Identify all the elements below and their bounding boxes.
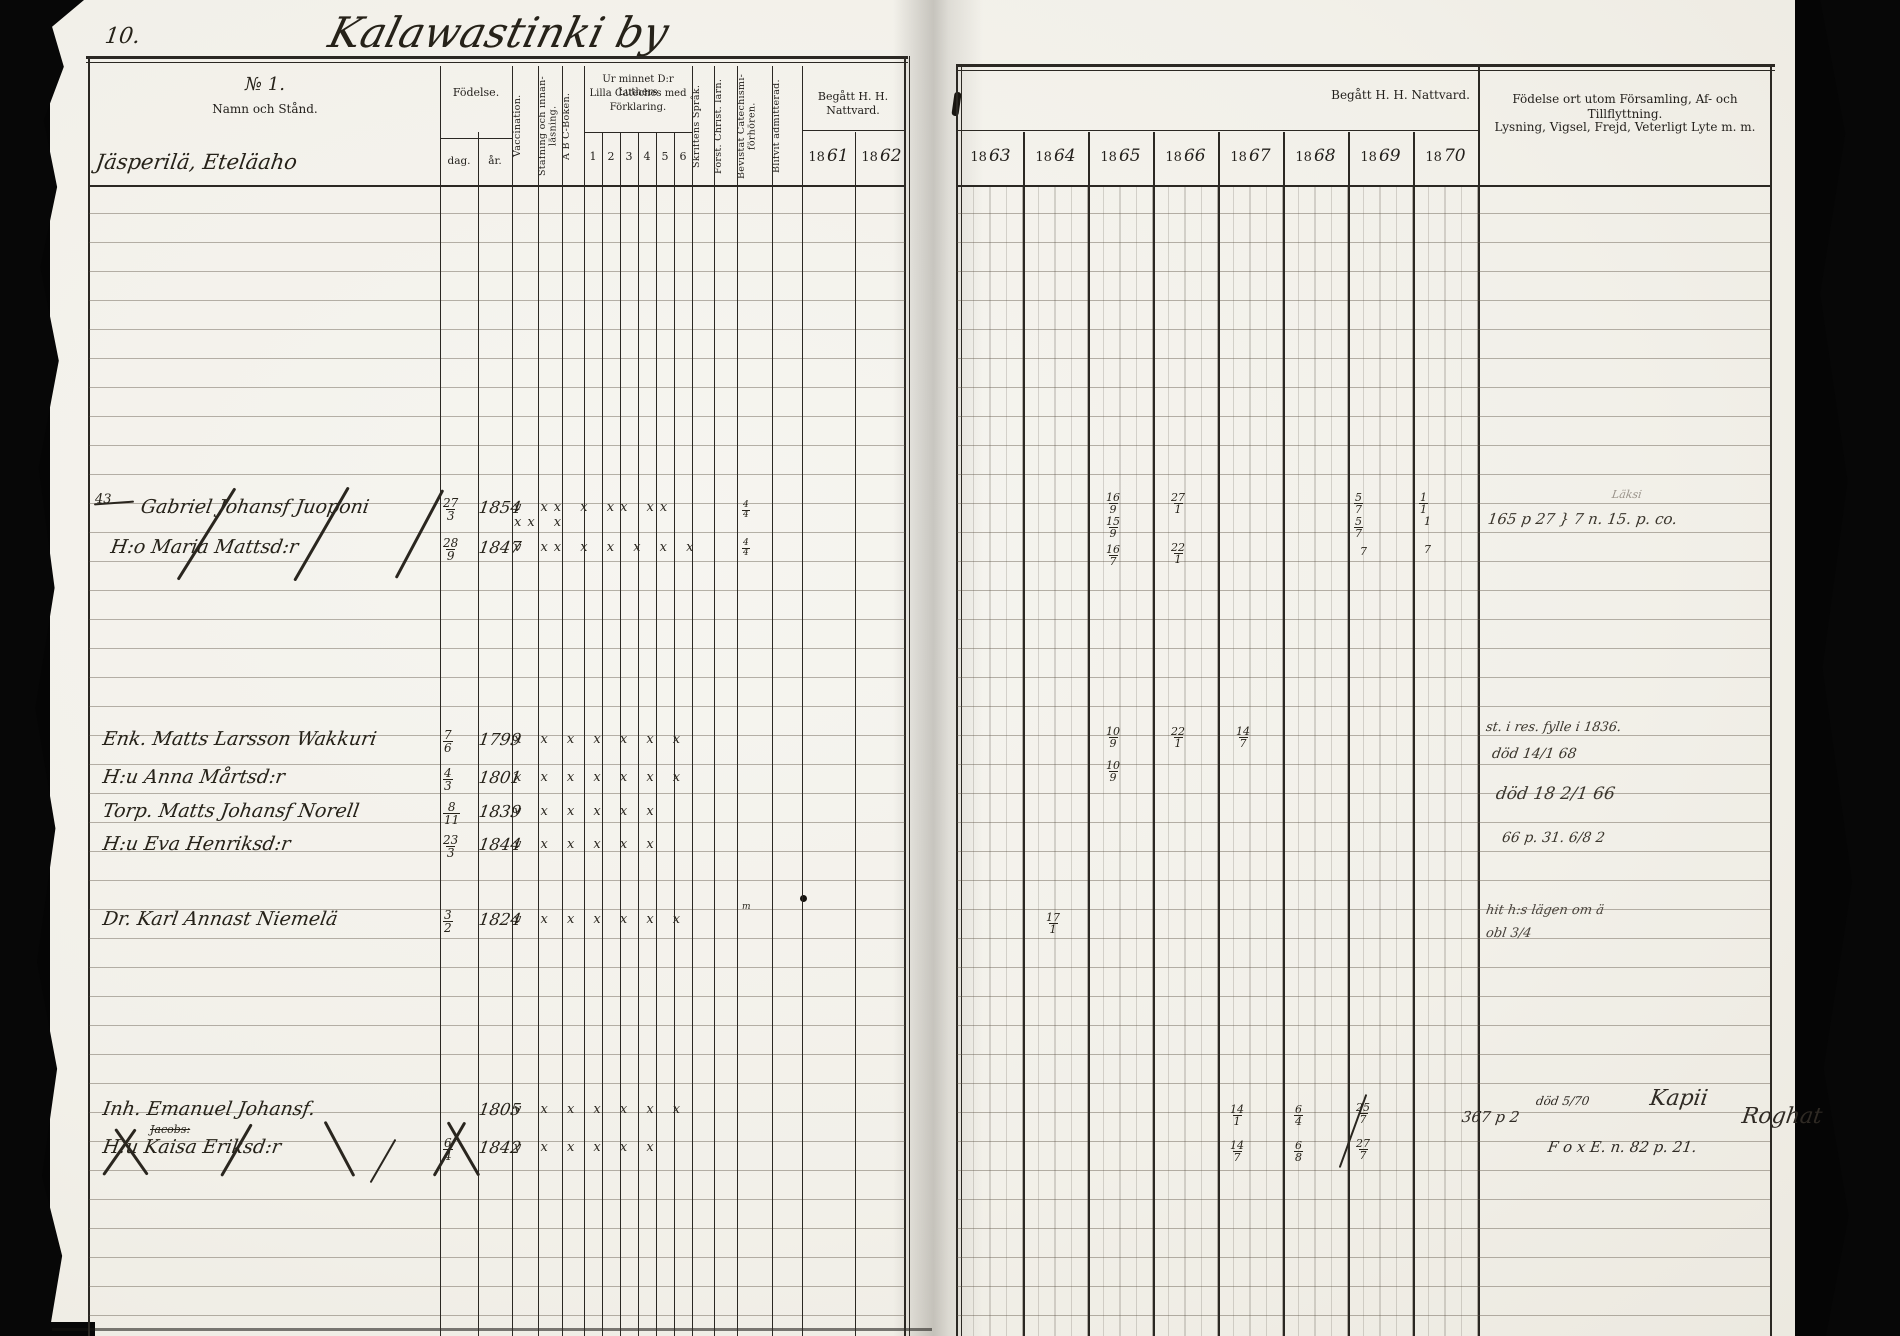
year-script: 69	[1379, 146, 1401, 166]
entry-row: H:o Maria Mattsd:r2891847v xx x x x x x	[95, 536, 907, 566]
entry-birth-day: 32	[443, 904, 453, 934]
year-script: 61	[827, 146, 849, 166]
year-script: 65	[1119, 146, 1141, 166]
communion-date-mark: 147	[1230, 1134, 1244, 1163]
year-printed: 18	[861, 150, 878, 165]
entry-row: Enk. Matts Larsson Wakkuri761799x x x x …	[95, 728, 907, 758]
left-page-top-rule-heavy	[86, 56, 908, 59]
year-1867: 1867	[1218, 146, 1283, 167]
entry-check-marks: v x x x x x x	[514, 1102, 704, 1117]
note-annotation: Läksi	[1611, 488, 1643, 501]
entry-name: Torp. Matts Johansf Norell	[101, 800, 361, 822]
year-column-line	[1413, 132, 1415, 1336]
entry-row: H:u Anna Mårtsd:r431801x x x x x x x	[95, 766, 907, 796]
column-header-communion-right: Begått H. H. Nattvard.	[1090, 88, 1470, 103]
note-annotation: död 14/1 68	[1491, 746, 1578, 762]
note-annotation: död 18 2/1 66	[1495, 784, 1617, 804]
right-page-row-lines	[957, 185, 1770, 1336]
communion-date-mark: 147	[1236, 720, 1250, 749]
entry-birth-day: 273	[443, 492, 458, 522]
entry-row: Dr. Karl Annast Niemelä321824v x x x x x…	[95, 908, 907, 938]
page-title-handwritten: Kalawastinki by	[330, 8, 668, 57]
village-note-handwritten: Jäsperilä, Eteläaho	[96, 150, 297, 174]
left-header-split-nattvard	[802, 130, 906, 131]
year-column-line	[1153, 132, 1155, 1336]
entry-overtext-struck: Jacobs:	[150, 1123, 190, 1136]
year-printed: 18	[808, 150, 825, 165]
year-script: 70	[1444, 146, 1466, 166]
communion-date-mark: 109	[1106, 754, 1120, 783]
note-annotation: obl 3/4	[1485, 926, 1532, 941]
communion-date-mark: 221	[1171, 720, 1185, 749]
communion-date-mark: 64	[1294, 1098, 1303, 1127]
year-column-line	[1023, 132, 1025, 1336]
catechism-col-6: 6	[674, 150, 692, 164]
year-printed: 18	[1360, 150, 1377, 165]
entry-check-marks: x x x x x x x	[514, 732, 704, 747]
left-page-top-rule-light	[86, 62, 908, 63]
communion-date-mark: 68	[1294, 1134, 1303, 1163]
entry-birth-day: 76	[443, 724, 453, 754]
entry-check-marks: v x x x x x x	[514, 912, 704, 927]
entry-birth-day: 811	[443, 796, 460, 826]
entry-check-marks: v xx x x x x x	[514, 540, 704, 555]
year-column-line	[1348, 132, 1350, 1336]
column-header-scripture-language: Skriftens Språk.	[692, 70, 714, 182]
communion-date-mark: 159	[1106, 510, 1120, 539]
column-header-name: Namn och Stånd.	[150, 102, 380, 117]
catechism-col-3: 3	[620, 150, 638, 164]
entry-birth-day: 43	[443, 762, 453, 792]
entry-check-marks: v xx x xx xx xx x	[514, 500, 704, 530]
year-script: 67	[1249, 146, 1271, 166]
year-script: 64	[1054, 146, 1076, 166]
year-printed: 18	[1035, 150, 1052, 165]
year-script: 62	[880, 146, 902, 166]
note-annotation: Roghat	[1740, 1104, 1824, 1129]
note-annotation: 367 p 2	[1461, 1108, 1521, 1126]
year-column-line	[1218, 132, 1220, 1336]
notes-header-line2: Lysning, Vigsel, Frejd, Veterligt Lyte m…	[1482, 120, 1768, 135]
note-annotation: Kapii	[1648, 1086, 1709, 1111]
communion-date-mark: 277	[1356, 1132, 1370, 1161]
catechism-exam-mark: 44	[742, 530, 750, 558]
entry-row: Torp. Matts Johansf Norell8111839v x x x…	[95, 800, 907, 830]
year-column-line	[1088, 132, 1090, 1336]
communion-date-mark: 1	[1424, 510, 1431, 529]
entry-name: Inh. Emanuel Johansf.	[101, 1098, 317, 1120]
year-printed: 18	[970, 150, 987, 165]
communion-date-mark: 171	[1046, 906, 1060, 935]
scan-edge-right	[1786, 0, 1900, 1336]
right-header-split-years	[956, 130, 1478, 131]
communion-date-mark: 141	[1230, 1098, 1244, 1127]
year-1870: 1870	[1413, 146, 1478, 167]
year-printed: 18	[1425, 150, 1442, 165]
note-annotation: F o x E. n. 82 p. 21.	[1547, 1138, 1698, 1156]
entry-name: Dr. Karl Annast Niemelä	[101, 908, 339, 930]
entry-row: Jacobs:H:u Kaisa Eriksd:r641842v x x x x…	[95, 1136, 907, 1166]
catechism-col-4: 4	[638, 150, 656, 164]
right-page-border-right	[1770, 64, 1772, 1336]
entry-birth-day: 233	[443, 829, 458, 859]
year-1869: 1869	[1348, 146, 1413, 167]
entry-row: Inh. Emanuel Johansf.1805v x x x x x x	[95, 1098, 907, 1128]
communion-date-mark: 167	[1106, 538, 1120, 567]
year-printed: 18	[1295, 150, 1312, 165]
year-1861: 1861	[802, 146, 855, 167]
notes-header-line1: Födelse ort utom Församling, Af- och Til…	[1482, 92, 1768, 122]
column-header-birth: Födelse.	[440, 86, 512, 100]
communion-date-mark: 271	[1171, 486, 1185, 515]
entry-birth-day: 289	[443, 532, 458, 562]
column-header-spelling-reading: Stafning och innan- läsning.	[538, 70, 561, 182]
entry-name: H:u Eva Henriksd:r	[101, 833, 292, 855]
communion-date-mark: 221	[1171, 536, 1185, 565]
year-1868: 1868	[1283, 146, 1348, 167]
catechism-exam-mark: m	[742, 894, 751, 913]
year-1866: 1866	[1153, 146, 1218, 167]
entry-check-marks: v x x x x x	[514, 804, 704, 819]
note-annotation: 66 p. 31. 6/8 2	[1501, 830, 1606, 846]
scanned-ledger-page: 10. Kalawastinki by № 1. Namn och Stånd.…	[0, 0, 1900, 1336]
catechism-col-2: 2	[602, 150, 620, 164]
column-header-vaccination: Vaccination.	[513, 70, 537, 182]
entry-name: H:u Anna Mårtsd:r	[101, 766, 286, 788]
catechism-col-1: 1	[584, 150, 602, 164]
communion-date-mark: 7	[1424, 538, 1431, 557]
left-header-split-fodelse	[440, 138, 512, 139]
year-script: 68	[1314, 146, 1336, 166]
year-column-line	[1283, 132, 1285, 1336]
communion-date-mark: 109	[1106, 720, 1120, 749]
column-header-birth-day: dag.	[440, 155, 478, 168]
column-header-christianity-knowledge: Först. Christ. lärn.	[714, 70, 736, 182]
communion-date-mark: 57	[1354, 510, 1363, 539]
catechism-exam-mark: 44	[742, 492, 750, 520]
note-annotation: 165 p 27 } 7 n. 15. p. co.	[1487, 510, 1679, 528]
entry-row: H:u Eva Henriksd:r2331844v x x x x x	[95, 833, 907, 863]
entry-name: Enk. Matts Larsson Wakkuri	[101, 728, 378, 750]
note-annotation: död 5/70	[1535, 1094, 1590, 1108]
column-header-abc-book: A B C-Boken.	[562, 70, 583, 182]
year-printed: 18	[1165, 150, 1182, 165]
note-annotation: hit h:s lägen om ä	[1485, 903, 1605, 918]
year-printed: 18	[1100, 150, 1117, 165]
left-page-border-right2	[909, 56, 910, 1336]
entry-row: 43Gabriel Johansf Juoponi2731854v xx x x…	[95, 496, 907, 526]
year-1864: 1864	[1023, 146, 1088, 167]
right-page-top-rule-light	[956, 70, 1775, 71]
year-printed: 18	[1230, 150, 1247, 165]
column-header-catechism-line3: Förklaring.	[582, 102, 694, 115]
year-1862: 1862	[855, 146, 908, 167]
entry-check-marks: v x x x x x	[514, 1140, 704, 1155]
right-page-top-rule-heavy	[956, 64, 1775, 67]
year-script: 63	[989, 146, 1011, 166]
page-number: 10.	[105, 24, 140, 49]
column-header-number: № 1.	[170, 74, 360, 97]
column-header-communion-left: Begått H. H. Nattvard.	[800, 90, 906, 118]
note-annotation: st. i res. fylle i 1836.	[1485, 720, 1622, 735]
entry-check-marks: v x x x x x	[514, 837, 704, 852]
column-header-birth-year: år.	[478, 155, 512, 168]
column-header-admitted: Blifvit admitterad.	[772, 70, 801, 182]
catechism-col-5: 5	[656, 150, 674, 164]
column-header-catechism-exams: Bevistat Catechismi- förhören.	[737, 70, 771, 182]
communion-date-mark: 7	[1360, 540, 1367, 559]
year-1863: 1863	[958, 146, 1023, 167]
year-script: 66	[1184, 146, 1206, 166]
entry-check-marks: x x x x x x x	[514, 770, 704, 785]
year-1865: 1865	[1088, 146, 1153, 167]
column-header-catechism-line2: Lilla Cateches med	[582, 88, 694, 101]
